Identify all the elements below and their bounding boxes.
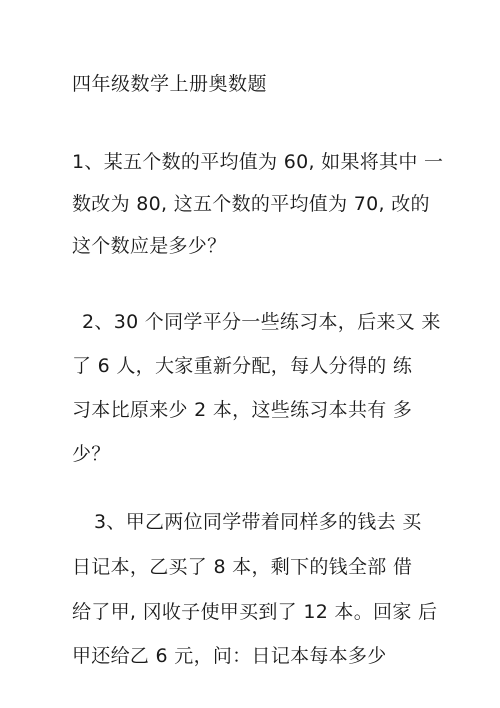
document-page: 四年级数学上册奥数题 1、某五个数的平均值为 60, 如果将其中 一 数改为 8… [0, 0, 500, 708]
problem-3-line-2: 日记本，乙买了 8 本，剩下的钱全部 借 [72, 555, 412, 579]
problem-2-line-2: 了 6 人，大家重新分配，每人分得的 练 [72, 354, 412, 378]
problem-2-line-4: 少？ [72, 442, 111, 466]
problem-1-line-2: 数改为 80, 这五个数的平均值为 70, 改的 [72, 192, 430, 216]
problem-3-line-3: 给了甲, 冈收子使甲买到了 12 本。回家 后 [72, 600, 437, 624]
document-title: 四年级数学上册奥数题 [72, 72, 267, 96]
problem-1-line-3: 这个数应是多少？ [72, 234, 226, 258]
problem-3-line-4: 甲还给乙 6 元，问：日记本每本多少 [72, 644, 387, 668]
problem-2-line-1: 2、30 个同学平分一些练习本，后来又 来 [82, 310, 441, 334]
problem-1-line-1: 1、某五个数的平均值为 60, 如果将其中 一 [72, 150, 443, 174]
problem-3-line-1: 3、甲乙两位同学带着同样多的钱去 买 [94, 510, 422, 534]
problem-2-line-3: 习本比原来少 2 本，这些练习本共有 多 [72, 398, 412, 422]
